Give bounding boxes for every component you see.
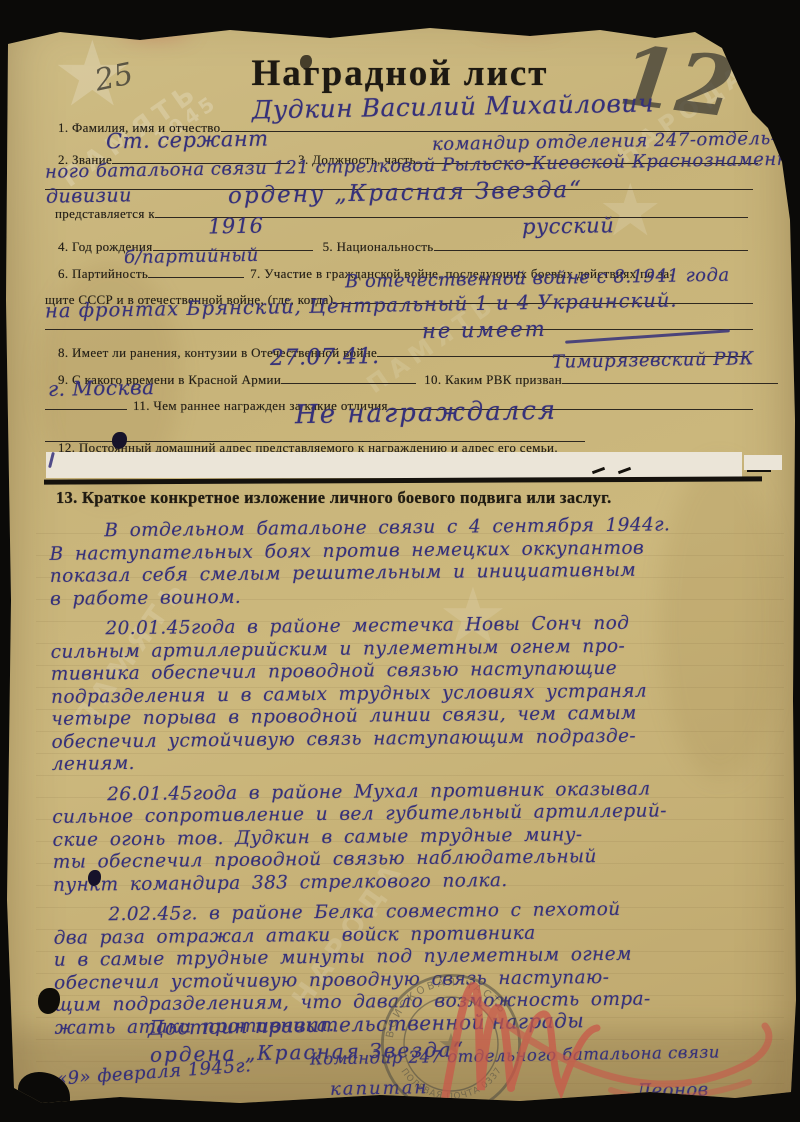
body-paragraph-3: 26.01.45года в районе Мухал противник ок… — [52, 777, 783, 897]
field-10-line — [562, 370, 778, 384]
redaction-box — [46, 452, 742, 478]
field-6-value: б/партийный — [124, 245, 259, 268]
field-5-label: 5. Национальность — [323, 239, 434, 255]
field-3-value-line3: дивизии — [46, 184, 132, 207]
body-paragraph-1: В отдельном батальоне связи с 4 сентября… — [49, 513, 780, 611]
section-13-header: 13. Краткое конкретное изложение личного… — [56, 488, 612, 508]
field-10-value: Тимирязевский РВК — [552, 348, 754, 373]
paper-stain — [480, 14, 560, 30]
field-10-value2: г. Москва — [48, 375, 155, 401]
redaction-box-small — [744, 455, 782, 470]
field-5-line — [434, 237, 748, 251]
pen-dash — [565, 329, 730, 344]
award-sheet-scan: ★ ПАМЯТЬ 1945 ★ НАРОДА ★ ПАМЯТЬ НАРОДА П… — [0, 0, 800, 1122]
field-2-value: Ст. сержант — [106, 127, 269, 154]
present-label: представляется к — [55, 206, 155, 222]
field-11-value: Не награждался — [295, 396, 558, 431]
red-pencil-signature — [415, 972, 795, 1120]
pencil-mark-top-left: 25 — [92, 56, 137, 98]
short-line — [747, 470, 771, 472]
page-title: Наградной лист — [160, 52, 640, 95]
field-9-line — [281, 370, 416, 384]
field-10-label: 10. Каким РВК призван — [424, 372, 562, 388]
field-9-value: 27.07.41. — [270, 344, 380, 371]
body-paragraph-2: 20.01.45года в районе местечка Новы Сонч… — [50, 611, 782, 776]
field-6-label: 6. Партийность — [58, 266, 148, 282]
paper-stain — [120, 20, 190, 38]
document-paper: ★ ПАМЯТЬ 1945 ★ НАРОДА ★ ПАМЯТЬ НАРОДА П… — [0, 0, 800, 1122]
field-8-value: не имеет — [422, 317, 547, 343]
field-5-value: русский — [522, 213, 615, 239]
field-4-value: 1916 — [208, 214, 264, 239]
